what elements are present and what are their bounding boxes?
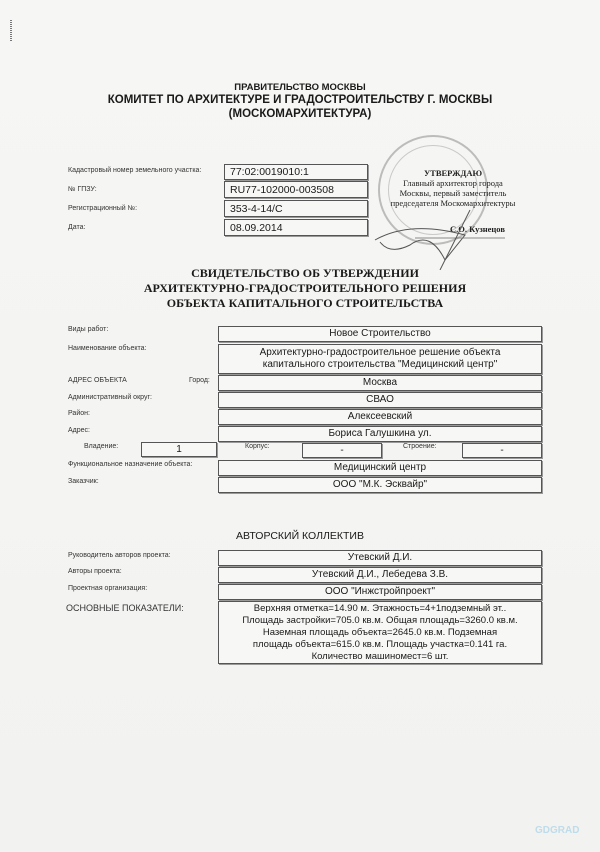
authors-section-title: АВТОРСКИЙ КОЛЛЕКТИВ	[0, 530, 600, 542]
gpzu-value: RU77-102000-003508	[224, 181, 368, 198]
org-value: ООО "Инжстройпроект"	[218, 584, 542, 600]
district-label: Административный округ:	[68, 394, 152, 401]
possession-label: Владение:	[84, 443, 118, 450]
header-committee: КОМИТЕТ ПО АРХИТЕКТУРЕ И ГРАДОСТРОИТЕЛЬС…	[0, 94, 600, 106]
indicators-label: ОСНОВНЫЕ ПОКАЗАТЕЛИ:	[66, 603, 184, 613]
doc-title-line1: СВИДЕТЕЛЬСТВО ОБ УТВЕРЖДЕНИИ	[0, 266, 600, 281]
object-name-label: Наименование объекта:	[68, 345, 147, 352]
reg-value: 353-4-14/С	[224, 200, 368, 217]
indicators-line3: Наземная площадь объекта=2645.0 кв.м. По…	[263, 627, 497, 639]
customer-value: ООО "М.К. Эсквайр"	[218, 477, 542, 493]
indicators-line4: площадь объекта=615.0 кв.м. Площадь учас…	[253, 639, 507, 651]
object-name-value: Архитектурно-градостроительное решение о…	[218, 344, 542, 374]
document-page: ПРАВИТЕЛЬСТВО МОСКВЫ КОМИТЕТ ПО АРХИТЕКТ…	[0, 0, 600, 852]
address-section-label: АДРЕС ОБЪЕКТА	[68, 377, 127, 384]
city-label: Город:	[189, 377, 210, 384]
authors-value: Утевский Д.И., Лебедева З.В.	[218, 567, 542, 583]
approval-line2: Москвы, первый заместитель	[378, 188, 528, 198]
approval-title: УТВЕРЖДАЮ	[378, 168, 528, 178]
watermark-logo: GDGRAD	[535, 825, 579, 836]
approval-line1: Главный архитектор города	[378, 178, 528, 188]
city-value: Москва	[218, 375, 542, 391]
area-label: Район:	[68, 410, 90, 417]
street-label: Адрес:	[68, 427, 90, 434]
doc-title-line2: АРХИТЕКТУРНО-ГРАДОСТРОИТЕЛЬНОГО РЕШЕНИЯ	[0, 281, 600, 296]
indicators-line5: Количество машиномест=6 шт.	[312, 651, 449, 663]
gpzu-label: № ГПЗУ:	[68, 186, 97, 193]
date-label: Дата:	[68, 224, 85, 231]
doc-title-line3: ОБЪЕКТА КАПИТАЛЬНОГО СТРОИТЕЛЬСТВА	[0, 296, 600, 311]
area-value: Алексеевский	[218, 409, 542, 425]
indicators-value: Верхняя отметка=14.90 м. Этажность=4+1по…	[218, 601, 542, 664]
cadastral-label: Кадастровый номер земельного участка:	[68, 167, 201, 174]
lead-author-value: Утевский Д.И.	[218, 550, 542, 566]
work-type-value: Новое Строительство	[218, 326, 542, 342]
object-name-line1: Архитектурно-градостроительное решение о…	[260, 347, 501, 359]
header-abbreviation: (МОСКОМАРХИТЕКТУРА)	[0, 108, 600, 120]
indicators-line1: Верхняя отметка=14.90 м. Этажность=4+1по…	[254, 603, 506, 615]
purpose-label: Функциональное назначение объекта:	[68, 461, 192, 468]
signature-icon	[370, 200, 510, 270]
customer-label: Заказчик:	[68, 478, 99, 485]
purpose-value: Медицинский центр	[218, 460, 542, 476]
building-value: -	[302, 443, 382, 458]
street-value: Бориса Галушкина ул.	[218, 426, 542, 442]
structure-value: -	[462, 443, 542, 458]
work-type-label: Виды работ:	[68, 326, 108, 333]
structure-label: Строение:	[403, 443, 437, 450]
indicators-line2: Площадь застройки=705.0 кв.м. Общая площ…	[242, 615, 517, 627]
date-value: 08.09.2014	[224, 219, 368, 236]
object-name-line2: капитального строительства "Медицинский …	[263, 359, 498, 371]
authors-label: Авторы проекта:	[68, 568, 122, 575]
header-government: ПРАВИТЕЛЬСТВО МОСКВЫ	[0, 82, 600, 93]
possession-value: 1	[141, 442, 217, 457]
cadastral-value: 77:02:0019010:1	[224, 164, 368, 180]
lead-author-label: Руководитель авторов проекта:	[68, 552, 171, 559]
building-label: Корпус:	[245, 443, 270, 450]
scan-edge-marks	[10, 20, 12, 42]
reg-label: Регистрационный №:	[68, 205, 137, 212]
org-label: Проектная организация:	[68, 585, 147, 592]
district-value: СВАО	[218, 392, 542, 408]
